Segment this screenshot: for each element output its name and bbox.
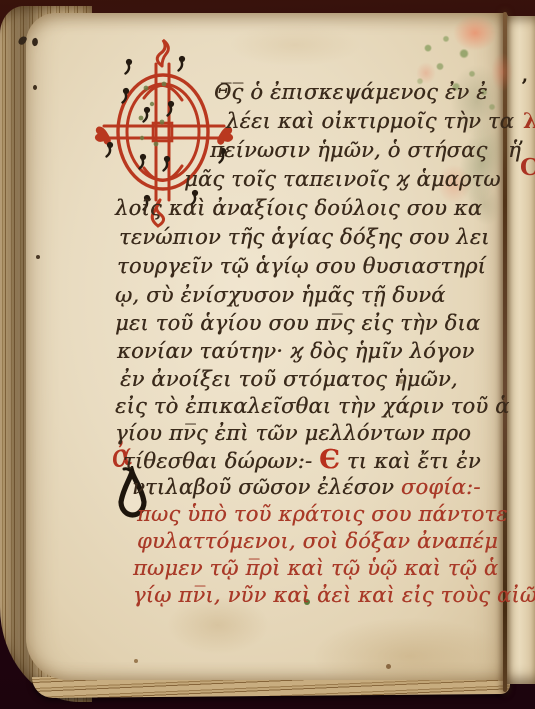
text-line: πωμεν τῷ π̅ρὶ καὶ τῷ ὑῷ καὶ τῷ ἁ: [133, 556, 498, 580]
text-line: ἐν ἀνοίξει τοῦ στόματος ἡμῶν,: [120, 367, 458, 391]
text-segment: Θ̅ς̅ ὁ ἐπισκεψάμενος ἐν ἐ: [214, 80, 488, 104]
text-segment: πείνωσιν ἡμῶν, ὁ στήσας ἡ: [210, 138, 521, 162]
text-block: Θ̅ς̅ ὁ ἐπισκεψάμενος ἐν ἐλέει καὶ οἰκτιρ…: [0, 0, 535, 709]
text-line: Θ̅ς̅ ὁ ἐπισκεψάμενος ἐν ἐ: [214, 80, 488, 104]
text-line: πως ὑπὸ τοῦ κράτοις σου πάντοτε: [137, 502, 508, 526]
text-segment: γίῳ πν̅ι, νῦν καὶ ἀεὶ καὶ εἰς τοὺς αἰῶν: [133, 583, 535, 607]
text-line: πείνωσιν ἡμῶν, ὁ στήσας ἡ: [210, 138, 521, 162]
facing-page-glyph: C: [520, 156, 535, 179]
text-segment: μει τοῦ ἁγίου σου πν̅ς εἰς τὴν δια: [115, 311, 480, 335]
text-segment: γίου πν̅ς ἐπὶ τῶν μελλόντων προ: [115, 421, 471, 445]
text-line: γίου πν̅ς ἐπὶ τῶν μελλόντων προ: [115, 421, 471, 445]
text-line: ντιλαβοῦ σῶσον ἐλέσον σοφία:-: [132, 475, 481, 499]
text-segment: πως ὑπὸ τοῦ κράτοις σου πάντοτε: [137, 502, 508, 526]
facing-page-glyph: λ: [523, 110, 535, 131]
text-segment: τίθεσθαι δώρων:-: [123, 449, 319, 473]
text-segment: τενώπιον τῆς ἁγίας δόξης σου λει: [119, 225, 490, 249]
facing-page-glyph: ’: [521, 76, 528, 96]
text-segment: σοφία:-: [401, 475, 481, 499]
text-segment: ῳ, σὺ ἐνίσχυσον ἡμᾶς τῇ δυνά: [115, 283, 445, 307]
text-segment: λοῖς καὶ ἀναξίοις δούλοις σου κα: [115, 196, 482, 220]
text-segment: κονίαν ταύτην· ϗ δὸς ἡμῖν λόγον: [117, 339, 474, 363]
text-segment: τουργεῖν τῷ ἁγίῳ σου θυσιαστηρί: [117, 254, 486, 278]
text-line: γίῳ πν̅ι, νῦν καὶ ἀεὶ καὶ εἰς τοὺς αἰῶν …: [133, 583, 535, 607]
text-segment: ντιλαβοῦ σῶσον ἐλέσον: [132, 475, 401, 499]
text-line: εἰς τὸ ἐπικαλεῖσθαι τὴν χάριν τοῦ ἁ: [115, 394, 509, 418]
text-line: φυλαττόμενοι, σοὶ δόξαν ἀναπέμ: [137, 529, 498, 553]
text-line: τενώπιον τῆς ἁγίας δόξης σου λει: [119, 225, 490, 249]
text-segment: Є: [319, 445, 340, 475]
text-segment: φυλαττόμενοι, σοὶ δόξαν ἀναπέμ: [137, 529, 498, 553]
text-segment: λέει καὶ οἰκτιρμοῖς τὴν τα: [226, 109, 514, 133]
text-segment: ἐν ἀνοίξει τοῦ στόματος ἡμῶν,: [120, 367, 458, 391]
text-segment: εἰς τὸ ἐπικαλεῖσθαι τὴν χάριν τοῦ ἁ: [115, 394, 509, 418]
text-segment: μᾶς τοῖς ταπεινοῖς ϗ ἁμαρτω: [184, 167, 501, 191]
text-segment: πωμεν τῷ π̅ρὶ καὶ τῷ ὑῷ καὶ τῷ ἁ: [133, 556, 498, 580]
text-line: μει τοῦ ἁγίου σου πν̅ς εἰς τὴν δια: [115, 311, 480, 335]
text-line: τουργεῖν τῷ ἁγίῳ σου θυσιαστηρί: [117, 254, 486, 278]
text-line: τίθεσθαι δώρων:- Є τι καὶ ἔτι ἐν: [123, 448, 481, 473]
manuscript-photo: ἀ Θ̅ς̅ ὁ ἐπισκεψάμενος ἐν ἐλέει καὶ οἰκτ…: [0, 0, 535, 709]
text-line: μᾶς τοῖς ταπεινοῖς ϗ ἁμαρτω: [184, 167, 501, 191]
text-line: λοῖς καὶ ἀναξίοις δούλοις σου κα: [115, 196, 482, 220]
text-line: ῳ, σὺ ἐνίσχυσον ἡμᾶς τῇ δυνά: [115, 283, 445, 307]
text-segment: τι καὶ ἔτι ἐν: [340, 449, 481, 473]
text-line: λέει καὶ οἰκτιρμοῖς τὴν τα: [226, 109, 514, 133]
text-line: κονίαν ταύτην· ϗ δὸς ἡμῖν λόγον: [117, 339, 474, 363]
